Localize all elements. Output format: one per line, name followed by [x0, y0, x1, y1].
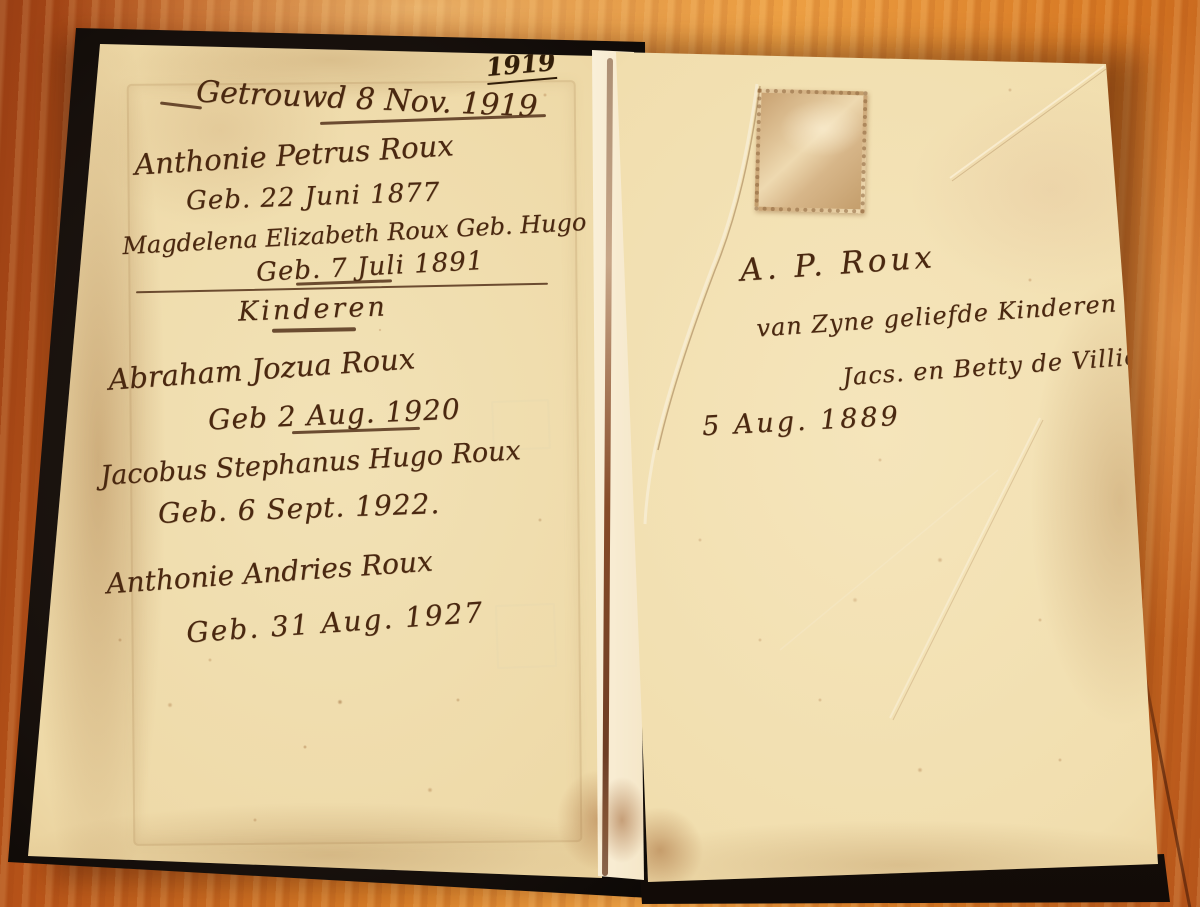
dedication-line-2: Jacs. en Betty de Villiers [841, 341, 1166, 391]
recipient-name: A. P. Roux [739, 239, 937, 289]
dedication-line-1: van Zyne geliefde Kinderen [755, 289, 1118, 342]
paper-impression-mark [495, 603, 557, 669]
postage-stamp [754, 89, 867, 214]
inscription-date: 5 Aug. 1889 [701, 401, 901, 442]
section-heading-kinderen: Kinderen [238, 291, 389, 327]
photo-scene: 1919 Getrouwd 8 Nov. 1919 Anthonie Petru… [0, 0, 1200, 907]
